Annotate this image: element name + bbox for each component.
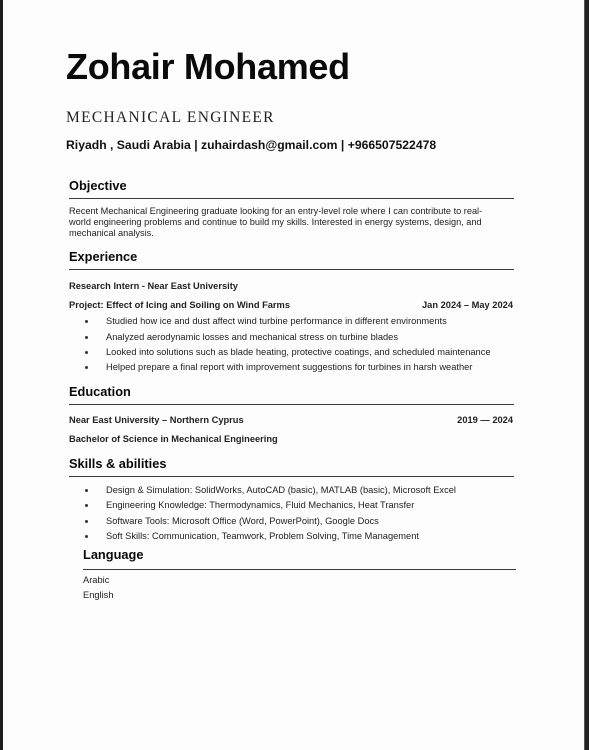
bullet-icon [85,351,88,354]
page-edge [584,0,589,750]
education-heading: Education [69,384,131,399]
objective-line: mechanical analysis. [69,228,482,239]
objective-text: Recent Mechanical Engineering graduate l… [69,206,482,239]
contact-line: Riyadh , Saudi Arabia | zuhairdash@gmail… [66,138,436,152]
bullet-icon [85,366,88,369]
job-title: MECHANICAL ENGINEER [66,109,275,127]
language-rule [83,569,516,570]
education-degree: Bachelor of Science in Mechanical Engine… [69,434,278,444]
education-school: Near East University – Northern Cyprus [69,415,244,425]
skills-rule [69,476,514,477]
experience-heading: Experience [69,249,137,264]
objective-line: Recent Mechanical Engineering graduate l… [69,206,482,217]
skills-heading: Skills & abilities [69,456,166,471]
bullet-icon [85,504,88,507]
bullet-icon [85,336,88,339]
experience-role: Research Intern - Near East University [69,281,238,291]
bullet-icon [85,535,88,538]
bullet-icon [85,320,88,323]
objective-heading: Objective [69,178,127,193]
education-dates: 2019 — 2024 [457,415,513,425]
candidate-name: Zohair Mohamed [66,46,350,88]
language-item: English [83,590,114,600]
bullet-icon [85,489,88,492]
language-heading: Language [83,547,143,562]
language-item: Arabic [83,575,109,585]
objective-line: world engineering problems and continue … [69,217,482,228]
bullet-icon [85,520,88,523]
objective-rule [69,198,514,199]
experience-project: Project: Effect of Icing and Soiling on … [69,300,290,310]
education-rule [69,404,514,405]
experience-dates: Jan 2024 – May 2024 [422,300,513,310]
experience-rule [69,269,514,270]
